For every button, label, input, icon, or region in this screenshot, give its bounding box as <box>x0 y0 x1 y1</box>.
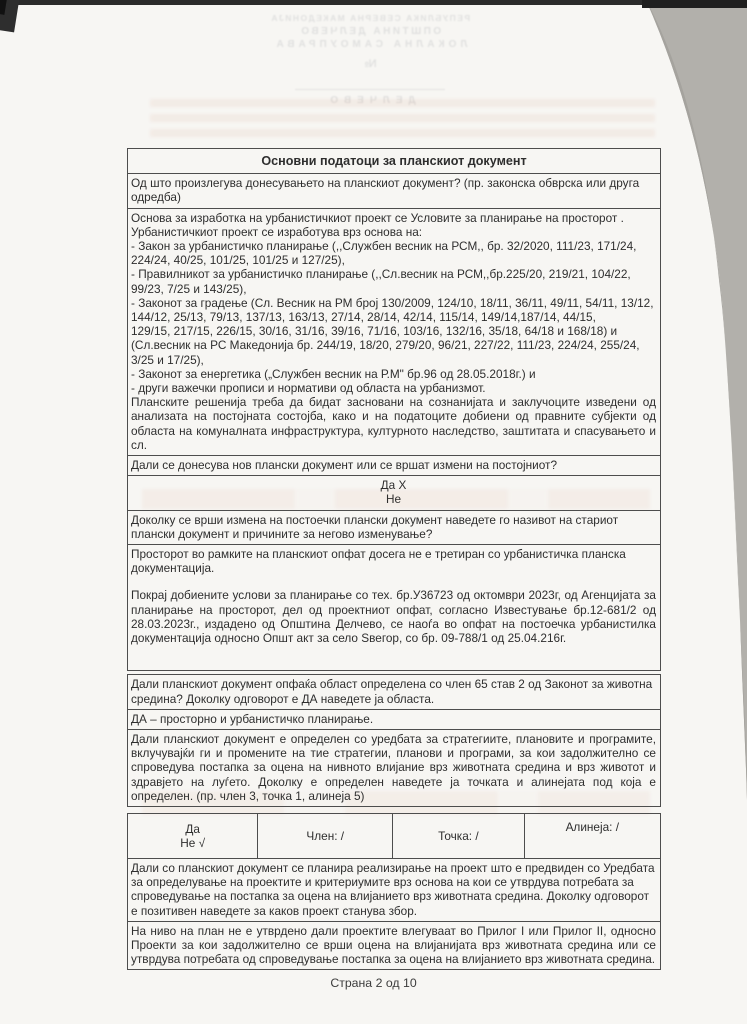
project-answer-text: На ниво на план не е утврдено дали проек… <box>131 924 656 967</box>
basis-rulebook-urban-planning: - Правилникот за урбанистичко планирање … <box>131 267 656 295</box>
bleedthrough-stamp: РЕПУБЛИКА СЕВЕРНА МАКЕДОНИЈА ОПШТИНА ДЕЛ… <box>170 12 570 107</box>
scan-edge-top-right <box>642 0 747 8</box>
table-block-1: Основни податоци за планскиот документ О… <box>127 148 661 671</box>
page-number: Страна 2 од 10 <box>0 976 747 990</box>
basis-paragraph-2: Урбанистичкиот проект се изработува врз … <box>131 225 656 239</box>
basis-other-regulations: - други важечки прописи и нормативи од о… <box>131 381 656 395</box>
table-block-3: Да Не √ Член: / Точка: / Алинеја: / Дали… <box>127 813 661 970</box>
grid-cell-indent: Алинеја: / <box>524 814 660 858</box>
form-title: Основни податоци за планскиот документ <box>128 149 660 173</box>
question-area-article-65: Дали планскиот документ опфаќа област оп… <box>128 675 660 708</box>
answer-yes-marked: Да X <box>131 478 656 492</box>
question-project-decree: Дали со планскиот документ се планира ре… <box>128 858 660 921</box>
question-decree: Дали планскиот документ е определен со у… <box>128 729 660 806</box>
table-block-2: Дали планскиот документ опфаќа област оп… <box>127 674 661 807</box>
stamp-line-2: ОПШТИНА ДЕЛЧЕВО <box>170 25 570 38</box>
question-new-or-amended: Дали се донесува нов плански документ ил… <box>128 455 660 475</box>
blank-line <box>131 575 656 588</box>
blank-space <box>131 645 656 667</box>
decree-question-text: Дали планскиот документ е определен со у… <box>131 732 656 803</box>
basis-law-urban-planning: - Закон за урбанистичко планирање (,,Слу… <box>131 239 656 267</box>
answer-no: Не <box>131 492 656 506</box>
basis-paragraph-3: Планските решенија треба да бидат заснов… <box>131 395 656 452</box>
grid-indent-label: Алинеја: / <box>566 820 619 834</box>
answer-project-decree: На ниво на план не е утврдено дали проек… <box>128 921 660 970</box>
grid-yes-label: Да <box>185 822 200 836</box>
stamp-line-3: ЛОКАЛНА САМОУПРАВА <box>170 38 570 51</box>
stamp-number-sign: № <box>170 58 570 71</box>
basis-law-construction-cont: 129/15, 217/15, 226/15, 30/16, 31/16, 39… <box>131 324 656 367</box>
basis-law-construction: - Законот за градење (Сл. Весник на РМ б… <box>131 296 656 324</box>
stamp-line-4: ДЕЛЧЕВО <box>170 94 570 107</box>
amendment-paragraph-1: Просторот во рамките на планскиот опфат … <box>131 547 656 575</box>
answer-legal-basis: Основа за изработка на урбанистичкиот пр… <box>128 208 660 455</box>
yes-no-grid-row: Да Не √ Член: / Точка: / Алинеја: / <box>128 814 660 858</box>
form-table: Основни податоци за планскиот документ О… <box>127 148 661 970</box>
basis-paragraph-1: Основа за изработка на урбанистичкиот пр… <box>131 211 656 225</box>
grid-cell-yes-no: Да Не √ <box>128 814 257 858</box>
answer-amendment: Просторот во рамките на планскиот опфат … <box>128 544 660 670</box>
question-amendment: Доколку се врши измена на постоечки план… <box>128 510 660 544</box>
amendment-paragraph-2: Покрај добиените услови за планирање со … <box>131 588 656 645</box>
stamp-underline <box>295 81 445 90</box>
grid-cell-point: Точка: / <box>392 814 523 858</box>
answer-area: ДА – просторно и урбанистичко планирање. <box>128 709 660 729</box>
grid-cell-member: Член: / <box>257 814 392 858</box>
basis-law-energy: - Законот за енергетика („Службен весник… <box>131 367 656 381</box>
stamp-line-1: РЕПУБЛИКА СЕВЕРНА МАКЕДОНИЈА <box>170 12 570 25</box>
grid-point-label: Точка: / <box>438 829 479 843</box>
answer-new-or-amended: Да X Не <box>128 475 660 509</box>
grid-member-label: Член: / <box>306 829 344 843</box>
grid-no-label-checked: Не √ <box>180 836 205 850</box>
scan-edge-top <box>12 0 747 5</box>
question-origin: Од што произлегува донесувањето на планс… <box>128 173 660 207</box>
scanned-page: РЕПУБЛИКА СЕВЕРНА МАКЕДОНИЈА ОПШТИНА ДЕЛ… <box>0 0 747 1024</box>
